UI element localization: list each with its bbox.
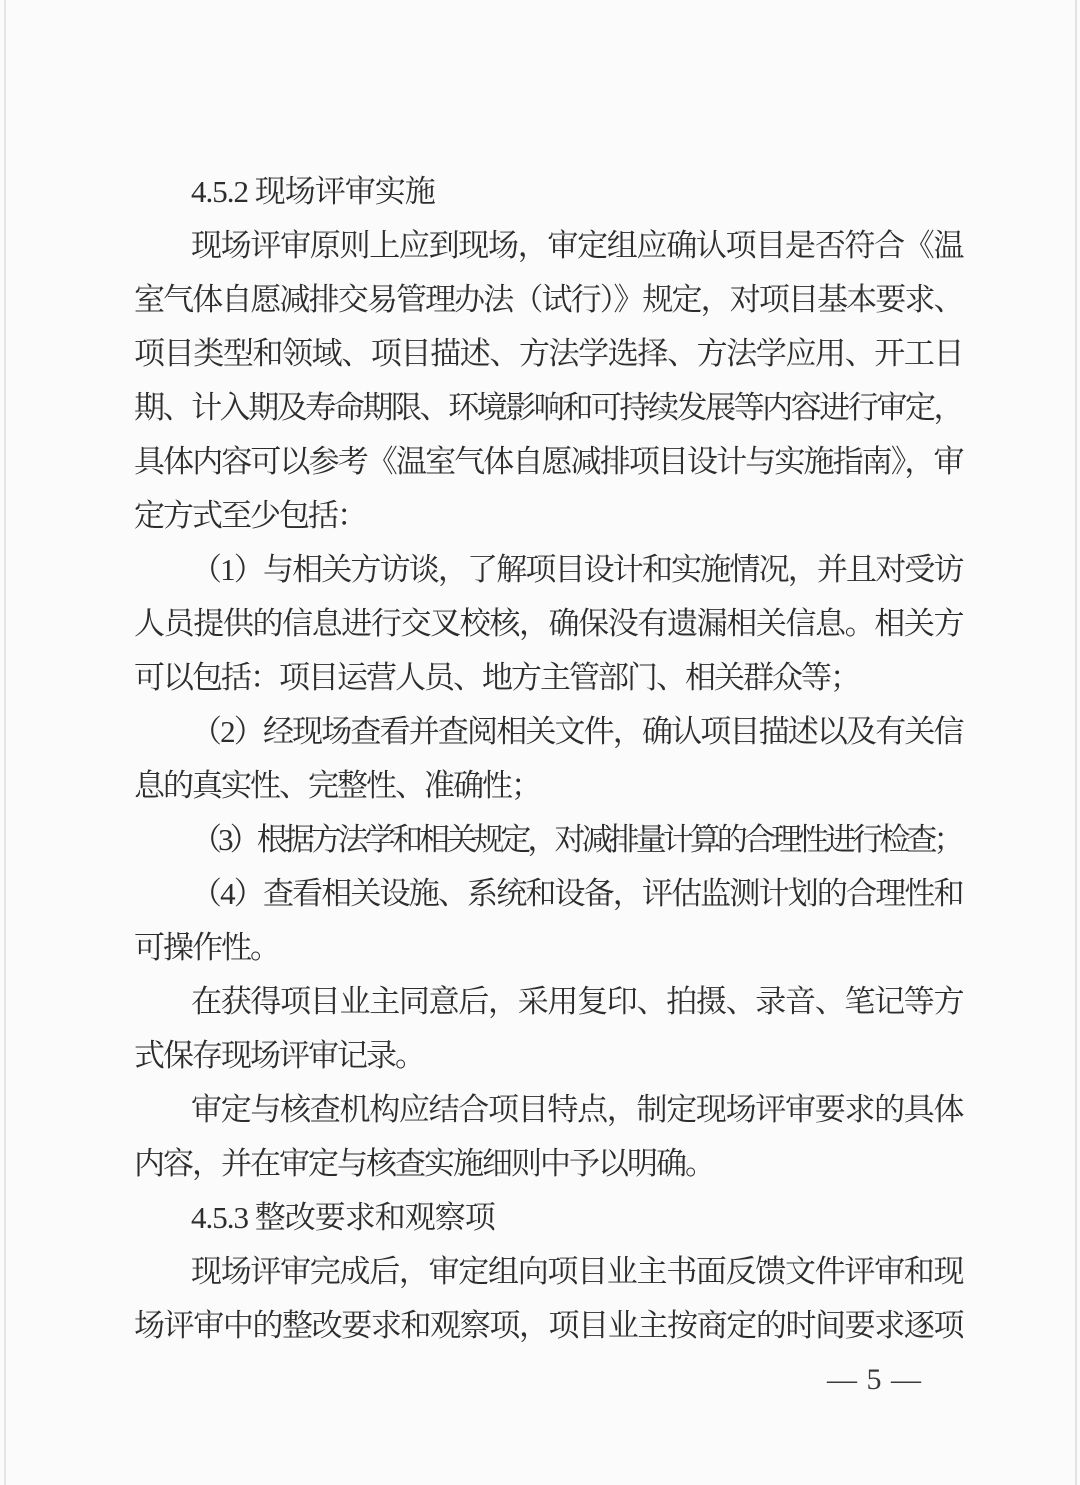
text-line: 场评审中的整改要求和观察项，项目业主按商定的时间要求逐项 <box>134 1299 960 1353</box>
text-line: 可以包括：项目运营人员、地方主管部门、相关群众等； <box>134 651 960 705</box>
text-line: （1）与相关方访谈，了解项目设计和实施情况，并且对受访 <box>134 543 960 597</box>
section-heading: 4.5.2 现场评审实施 <box>134 165 960 219</box>
text-line: 式保存现场评审记录。 <box>134 1029 960 1083</box>
text-line: 审定与核查机构应结合项目特点，制定现场评审要求的具体 <box>134 1083 960 1137</box>
text-line: 具体内容可以参考《温室气体自愿减排项目设计与实施指南》，审 <box>134 435 960 489</box>
page-number: — 5 — <box>134 1353 960 1407</box>
text-line: （4）查看相关设施、系统和设备，评估监测计划的合理性和 <box>134 867 960 921</box>
text-line: （3）根据方法学和相关规定，对减排量计算的合理性进行检查； <box>134 813 960 867</box>
text-line: 内容，并在审定与核查实施细则中予以明确。 <box>134 1137 960 1191</box>
text-line: 在获得项目业主同意后，采用复印、拍摄、录音、笔记等方 <box>134 975 960 1029</box>
document-page: 4.5.2 现场评审实施现场评审原则上应到现场，审定组应确认项目是否符合《温室气… <box>0 0 1080 1485</box>
text-line: 现场评审原则上应到现场，审定组应确认项目是否符合《温 <box>134 219 960 273</box>
text-line: 现场评审完成后，审定组向项目业主书面反馈文件评审和现 <box>134 1245 960 1299</box>
section-heading: 4.5.3 整改要求和观察项 <box>134 1191 960 1245</box>
text-line: 项目类型和领域、项目描述、方法学选择、方法学应用、开工日 <box>134 327 960 381</box>
text-line: 人员提供的信息进行交叉校核，确保没有遗漏相关信息。相关方 <box>134 597 960 651</box>
text-line: 期、计入期及寿命期限、环境影响和可持续发展等内容进行审定， <box>134 381 960 435</box>
text-line: 息的真实性、完整性、准确性； <box>134 759 960 813</box>
scan-edge-left <box>4 0 6 1485</box>
body-text: 4.5.2 现场评审实施现场评审原则上应到现场，审定组应确认项目是否符合《温室气… <box>134 165 960 1353</box>
text-line: 可操作性。 <box>134 921 960 975</box>
text-line: 定方式至少包括： <box>134 489 960 543</box>
text-line: （2）经现场查看并查阅相关文件，确认项目描述以及有关信 <box>134 705 960 759</box>
text-line: 室气体自愿减排交易管理办法（试行）》规定，对项目基本要求、 <box>134 273 960 327</box>
scan-edge-right <box>1075 0 1077 1485</box>
